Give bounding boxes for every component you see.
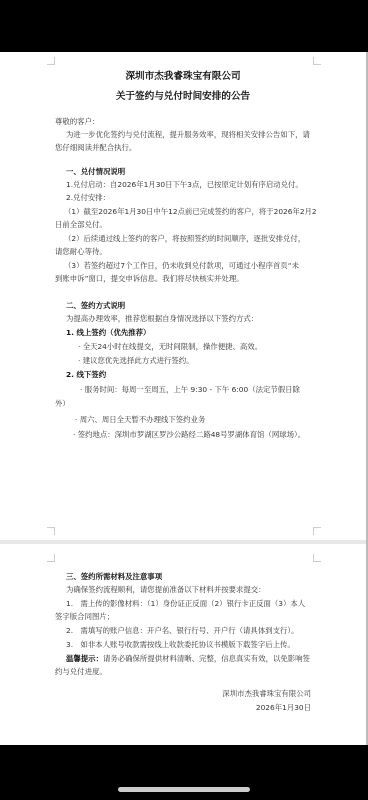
section-1-sub-1-line-1: （1）截至2026年1月30日中午12点前已完成签约的客户，将于2026年2月2 xyxy=(64,207,317,217)
online-bullet-2: · 建议您优先选择此方式进行签约。 xyxy=(78,356,194,366)
margin-mark xyxy=(47,57,55,65)
section-1-sub-1-line-2: 日前全部兑付。 xyxy=(55,220,107,230)
section-1-sub-2-line-1: （2）后续通过线上签约的客户，将按照签约的时间顺序，逐批安排兑付， xyxy=(64,234,305,244)
margin-mark xyxy=(313,57,321,65)
offline-location: · 签约地点：深圳市罗湖区罗沙公路经二路48号罗湖体育馆（网球场）。 xyxy=(73,430,305,440)
section-1-sub-3-line-1: （3）若签约超过7个工作日，仍未收到兑付款项，可通过小程序首页“未 xyxy=(64,261,299,271)
section-1-item-1: 1.兑付启动：自2026年1月30日下午3点，已按原定计划有序启动兑付。 xyxy=(66,180,303,190)
document-page-2: 三、签约所需材料及注意事项 为确保签约流程顺利，请您提前准备以下材料并按要求提交… xyxy=(0,544,366,745)
home-indicator[interactable] xyxy=(118,787,250,792)
margin-mark xyxy=(47,527,55,535)
section-1-sub-3-line-2: 到账申诉”窗口，提交申诉信息。我们将尽快核实并处理。 xyxy=(55,274,244,284)
section-3-item-1-line-2: 签字版合同图片； xyxy=(55,612,114,622)
offline-signing-heading: 2. 线下签约 xyxy=(66,370,106,380)
intro-line-1: 为进一步优化签约与兑付流程，提升服务效率，现将相关安排公告如下，请 xyxy=(66,130,310,140)
document-viewer[interactable]: 深圳市杰我睿珠宝有限公司 关于签约与兑付时间安排的公告 尊敬的客户： 为进一步优… xyxy=(0,52,368,745)
section-3-item-3: 3. 如非本人账号收款需按线上收款委托协议书模版下载签字后上传。 xyxy=(66,640,295,650)
offline-weekend: · 周六、周日全天暂不办理线下签约业务 xyxy=(75,415,205,425)
section-3-item-2: 2. 需填写的账户信息：开户名、银行行号、开户行（请具体到支行）。 xyxy=(66,626,298,636)
offline-hours-line-2: 外） xyxy=(55,399,70,409)
warm-tip-line-2: 约与兑付进度。 xyxy=(55,667,107,677)
online-bullet-1: · 全天24小时在线提交，无时间限制，操作便捷、高效。 xyxy=(78,342,262,352)
signature-company: 深圳市杰我睿珠宝有限公司 xyxy=(222,689,311,699)
margin-mark xyxy=(313,527,321,535)
section-2-intro: 为提高办理效率，推荐您根据自身情况选择以下签约方式： xyxy=(66,314,258,324)
offline-hours-line-1: · 服务时间：每周一至周五，上午 9:30 - 下午 6:00（法定节假日除 xyxy=(80,385,300,395)
warm-tip-text: 请务必确保所提供材料清晰、完整，信息真实有效，以免影响签 xyxy=(103,654,310,663)
section-2-heading: 二、签约方式说明 xyxy=(66,301,125,311)
warm-tip-line-1: 温馨提示：请务必确保所提供材料清晰、完整，信息真实有效，以免影响签 xyxy=(66,654,310,664)
signature-date: 2026年1月30日 xyxy=(256,703,311,713)
warm-tip-label: 温馨提示： xyxy=(66,654,103,663)
company-title: 深圳市杰我睿珠宝有限公司 xyxy=(0,68,366,82)
section-1-item-2: 2.兑付安排： xyxy=(66,193,110,203)
online-signing-heading: 1. 线上签约（优先推荐） xyxy=(66,328,150,338)
announcement-title: 关于签约与兑付时间安排的公告 xyxy=(0,88,366,102)
section-3-intro: 为确保签约流程顺利，请您提前准备以下材料并按要求提交： xyxy=(66,585,266,595)
section-3-item-1-line-1: 1. 需上传的影像材料：（1）身份证正反面（2）银行卡正反面（3）本人 xyxy=(66,599,305,609)
greeting: 尊敬的客户： xyxy=(55,117,99,127)
section-3-heading: 三、签约所需材料及注意事项 xyxy=(66,572,162,582)
margin-mark xyxy=(47,554,55,562)
document-page-1: 深圳市杰我睿珠宝有限公司 关于签约与兑付时间安排的公告 尊敬的客户： 为进一步优… xyxy=(0,52,366,540)
section-1-sub-2-line-2: 请您耐心等待。 xyxy=(55,247,107,257)
margin-mark xyxy=(313,554,321,562)
intro-line-2: 您仔细阅读并配合执行。 xyxy=(55,143,136,153)
section-1-heading: 一、兑付情况说明 xyxy=(66,167,125,177)
